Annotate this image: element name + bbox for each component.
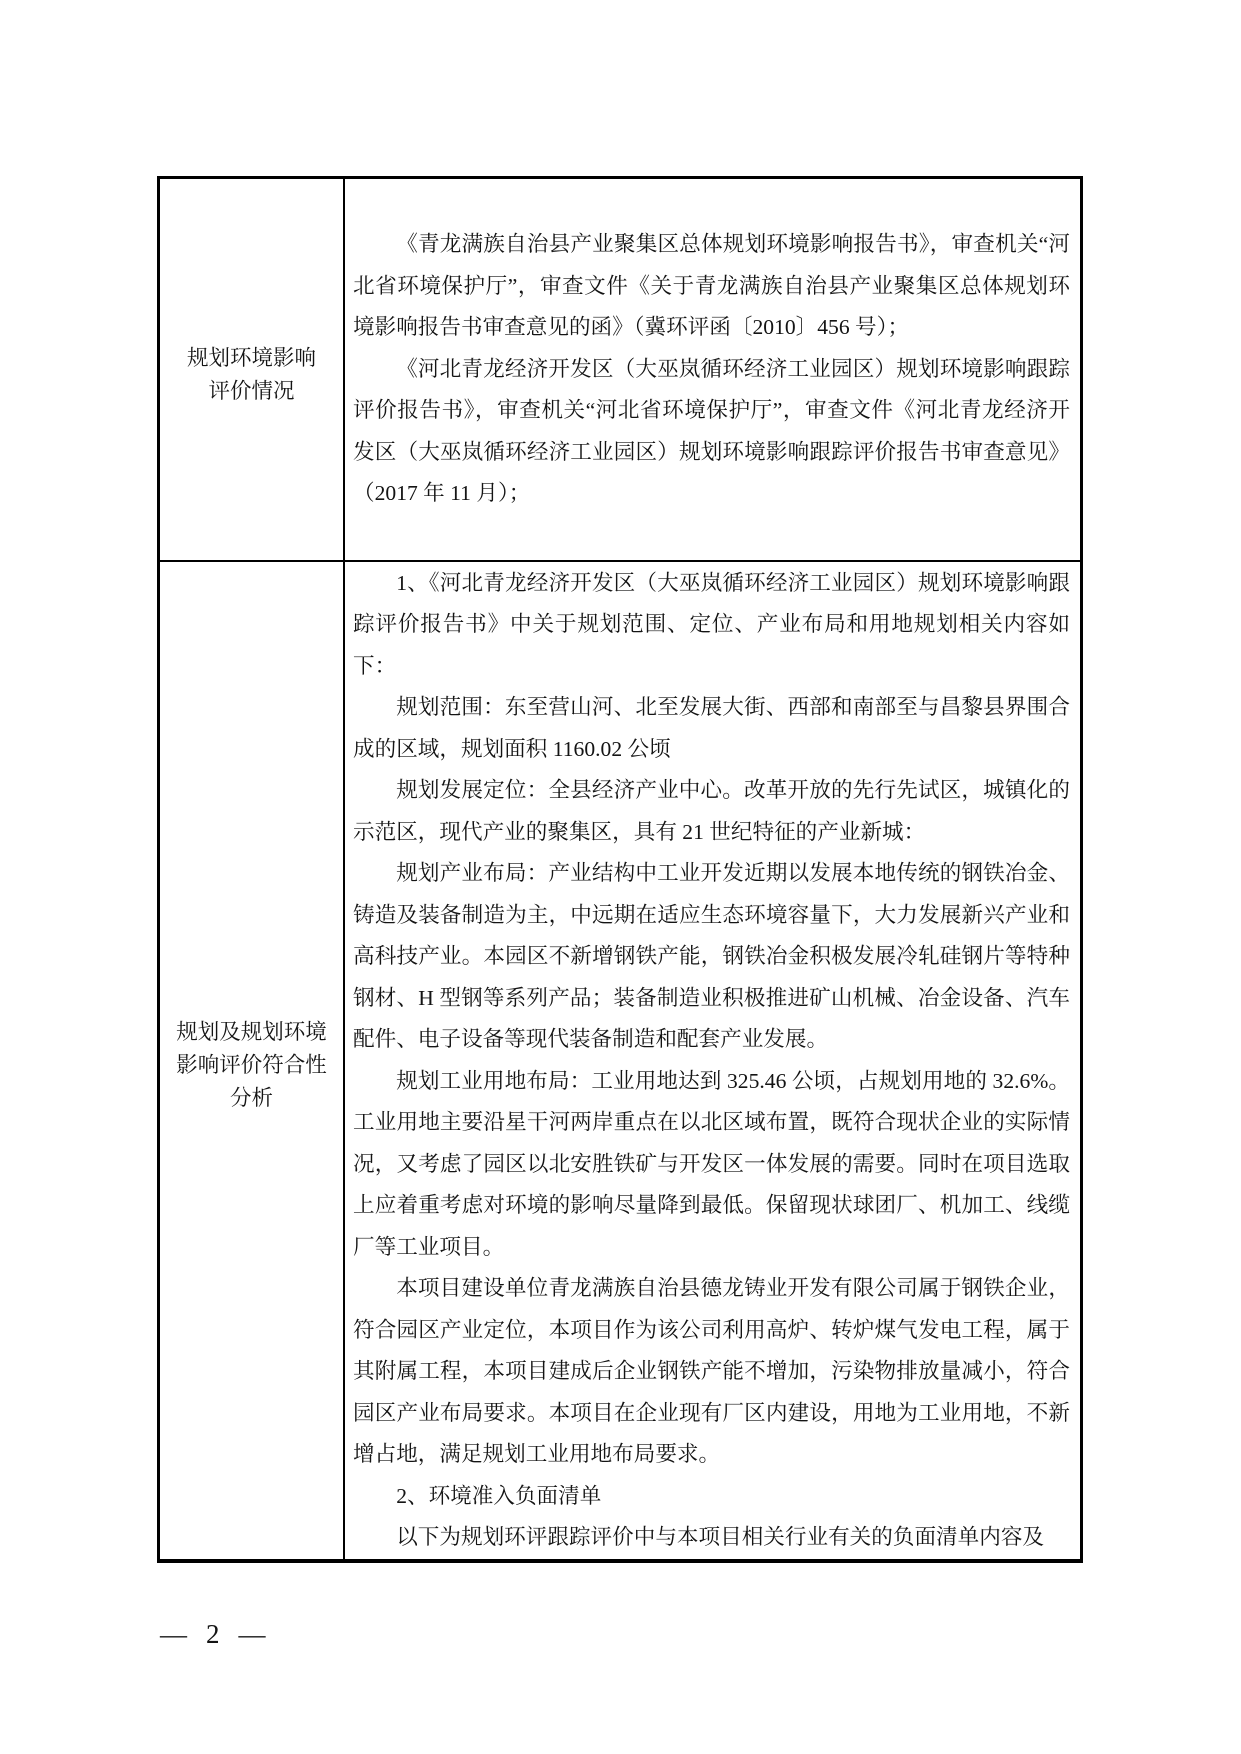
label-line: 影响评价符合性 <box>176 1049 327 1082</box>
label-line: 规划及规划环境 <box>176 1016 327 1049</box>
row-content-compliance-analysis: 1、《河北青龙经济开发区（大巫岚循环经济工业园区）规划环境影响跟踪评价报告书》中… <box>345 562 1080 1559</box>
row-label-planning-eia-status: 规划环境影响 评价情况 <box>160 179 345 562</box>
footer-right-dash: — <box>239 1619 266 1650</box>
label-line: 分析 <box>230 1082 273 1115</box>
paragraph: 规划发展定位：全县经济产业中心。改革开放的先行先试区，城镇化的示范区，现代产业的… <box>353 770 1070 853</box>
row-label-compliance-analysis: 规划及规划环境 影响评价符合性 分析 <box>160 562 345 1559</box>
page-number: 2 <box>206 1619 220 1650</box>
paragraph: 本项目建设单位青龙满族自治县德龙铸业开发有限公司属于钢铁企业，符合园区产业定位，… <box>353 1268 1070 1476</box>
footer-left-dash: — <box>160 1619 187 1650</box>
paragraph: 规划产业布局：产业结构中工业开发近期以发展本地传统的钢铁冶金、铸造及装备制造为主… <box>353 853 1070 1061</box>
eia-review-table: 规划环境影响 评价情况 《青龙满族自治县产业聚集区总体规划环境影响报告书》，审查… <box>157 176 1083 1563</box>
paragraph: 规划工业用地布局：工业用地达到 325.46 公顷，占规划用地的 32.6%。工… <box>353 1061 1070 1269</box>
paragraph: 《青龙满族自治县产业聚集区总体规划环境影响报告书》，审查机关“河北省环境保护厅”… <box>353 224 1070 349</box>
page-footer: — 2 — <box>160 1619 266 1650</box>
paragraph: 以下为规划环评跟踪评价中与本项目相关行业有关的负面清单内容及 <box>353 1517 1070 1559</box>
paragraph: 1、《河北青龙经济开发区（大巫岚循环经济工业园区）规划环境影响跟踪评价报告书》中… <box>353 563 1070 688</box>
paragraph: 2、环境准入负面清单 <box>353 1476 1070 1518</box>
document-page: 规划环境影响 评价情况 《青龙满族自治县产业聚集区总体规划环境影响报告书》，审查… <box>0 0 1241 1754</box>
label-line: 评价情况 <box>208 375 294 408</box>
paragraph: 规划范围：东至营山河、北至发展大街、西部和南部至与昌黎县界围合成的区域，规划面积… <box>353 687 1070 770</box>
paragraph: 《河北青龙经济开发区（大巫岚循环经济工业园区）规划环境影响跟踪评价报告书》，审查… <box>353 349 1070 515</box>
label-line: 规划环境影响 <box>187 342 316 375</box>
row-content-planning-eia-status: 《青龙满族自治县产业聚集区总体规划环境影响报告书》，审查机关“河北省环境保护厅”… <box>345 179 1080 562</box>
